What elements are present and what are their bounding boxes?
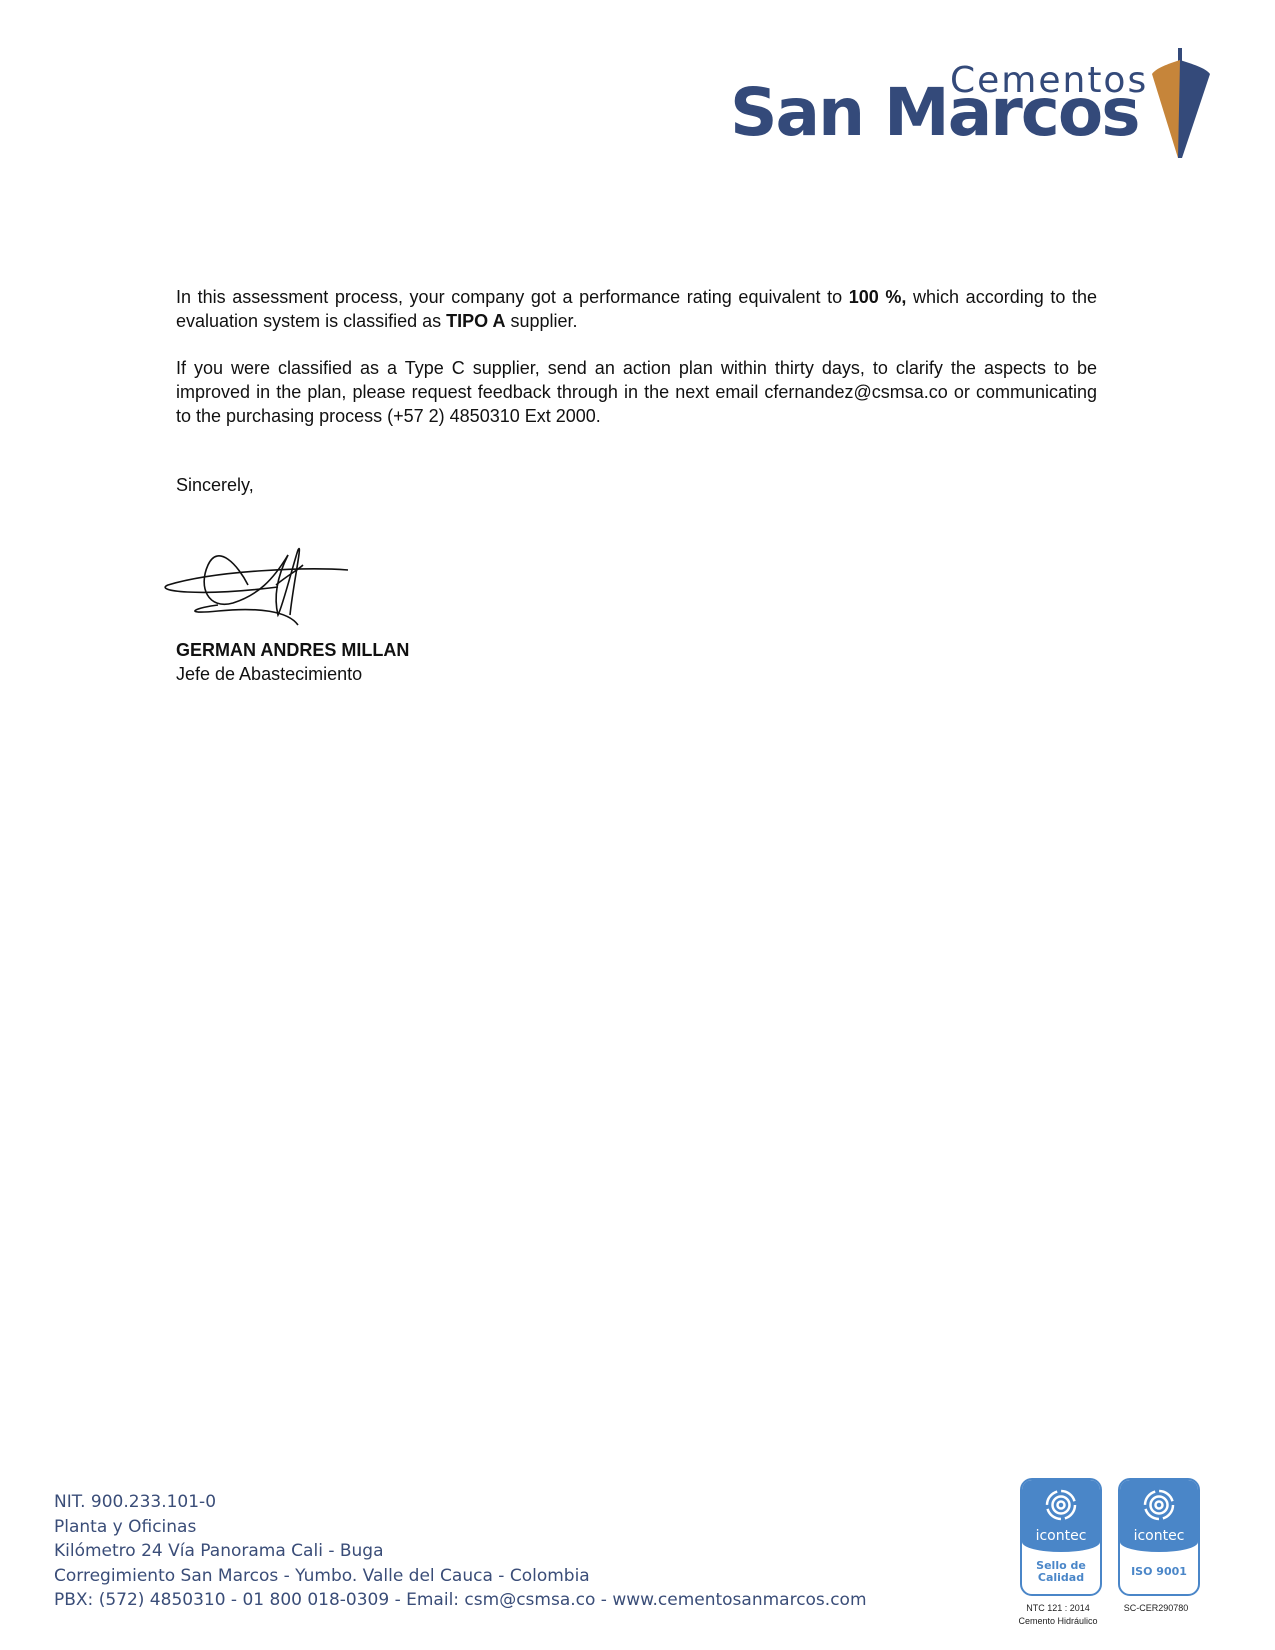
handwritten-signature [158, 545, 368, 635]
logo-plumb-bob-icon [1148, 46, 1218, 158]
supplier-classification: TIPO A [446, 311, 505, 331]
certification-seals: icontec Sello de Calidad icontec ISO 900… [1020, 1478, 1220, 1638]
company-footer: NIT. 900.233.101-0 Planta y Oficinas Kil… [54, 1490, 867, 1613]
rating-paragraph: In this assessment process, your company… [176, 285, 1097, 333]
footer-nit: NIT. 900.233.101-0 [54, 1490, 867, 1515]
footer-location: Corregimiento San Marcos - Yumbo. Valle … [54, 1564, 867, 1589]
signer-name: GERMAN ANDRES MILLAN [176, 640, 409, 661]
company-logo: Cementos San Marcos [730, 46, 1230, 166]
rating-text-intro: In this assessment process, your company… [176, 287, 849, 307]
closing-salutation: Sincerely, [176, 475, 254, 496]
rating-text-end: supplier. [505, 311, 577, 331]
seal-brand: icontec [1022, 1528, 1100, 1544]
performance-rating: 100 %, [849, 287, 907, 307]
icontec-quality-seal: icontec Sello de Calidad [1020, 1478, 1102, 1596]
icontec-target-icon [1142, 1488, 1176, 1522]
footer-address: Kilómetro 24 Vía Panorama Cali - Buga [54, 1539, 867, 1564]
footer-facility: Planta y Oficinas [54, 1515, 867, 1540]
seal-caption-iso: SC-CER290780 [1106, 1602, 1206, 1615]
seal-label: ISO 9001 [1120, 1566, 1198, 1578]
icontec-target-icon [1044, 1488, 1078, 1522]
seal-caption-ntc: NTC 121 : 2014 Cemento Hidráulico [1008, 1602, 1108, 1628]
seal-label: Sello de Calidad [1022, 1560, 1100, 1584]
footer-contact: PBX: (572) 4850310 - 01 800 018-0309 - E… [54, 1588, 867, 1613]
signer-title: Jefe de Abastecimiento [176, 664, 362, 685]
logo-san-marcos-text: San Marcos [730, 74, 1139, 151]
seal-brand: icontec [1120, 1528, 1198, 1544]
icontec-iso-seal: icontec ISO 9001 [1118, 1478, 1200, 1596]
action-plan-paragraph: If you were classified as a Type C suppl… [176, 356, 1097, 428]
